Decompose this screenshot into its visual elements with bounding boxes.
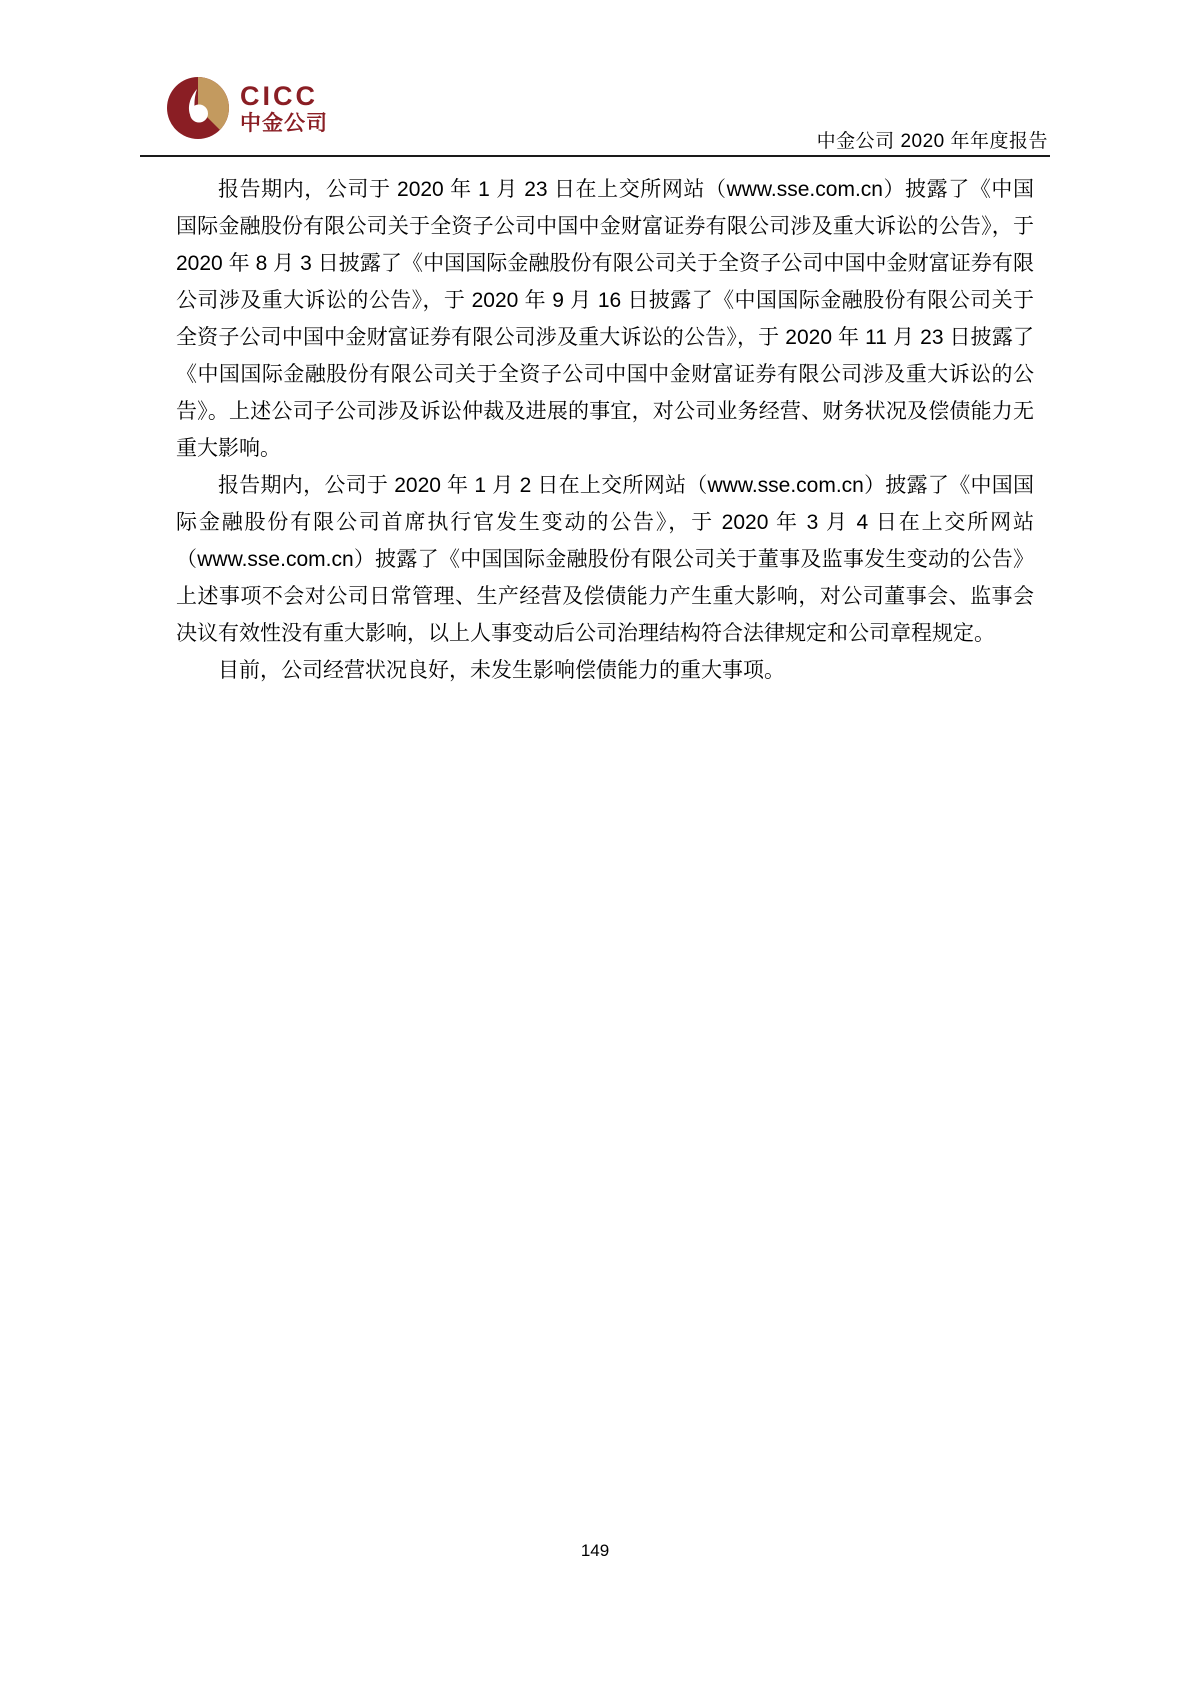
report-page: CICC 中金公司 中金公司 2020 年年度报告 报告期内，公司于 2020 … bbox=[0, 0, 1190, 1683]
paragraph-litigation-announcements: 报告期内，公司于 2020 年 1 月 23 日在上交所网站（www.sse.c… bbox=[176, 171, 1034, 467]
running-header-title: 中金公司 2020 年年度报告 bbox=[817, 126, 1048, 153]
cicc-logo-text: CICC 中金公司 bbox=[240, 83, 328, 134]
header-divider bbox=[140, 155, 1050, 157]
paragraph-management-changes: 报告期内，公司于 2020 年 1 月 2 日在上交所网站（www.sse.co… bbox=[176, 467, 1034, 652]
cicc-logo-icon bbox=[166, 76, 230, 140]
cicc-logo-text-en: CICC bbox=[240, 83, 328, 110]
cicc-logo: CICC 中金公司 bbox=[166, 76, 328, 140]
paragraph-current-status: 目前，公司经营状况良好，未发生影响偿债能力的重大事项。 bbox=[176, 652, 1034, 689]
cicc-logo-text-cn: 中金公司 bbox=[240, 113, 328, 134]
page-body: 报告期内，公司于 2020 年 1 月 23 日在上交所网站（www.sse.c… bbox=[176, 171, 1034, 689]
page-number: 149 bbox=[0, 1541, 1190, 1561]
